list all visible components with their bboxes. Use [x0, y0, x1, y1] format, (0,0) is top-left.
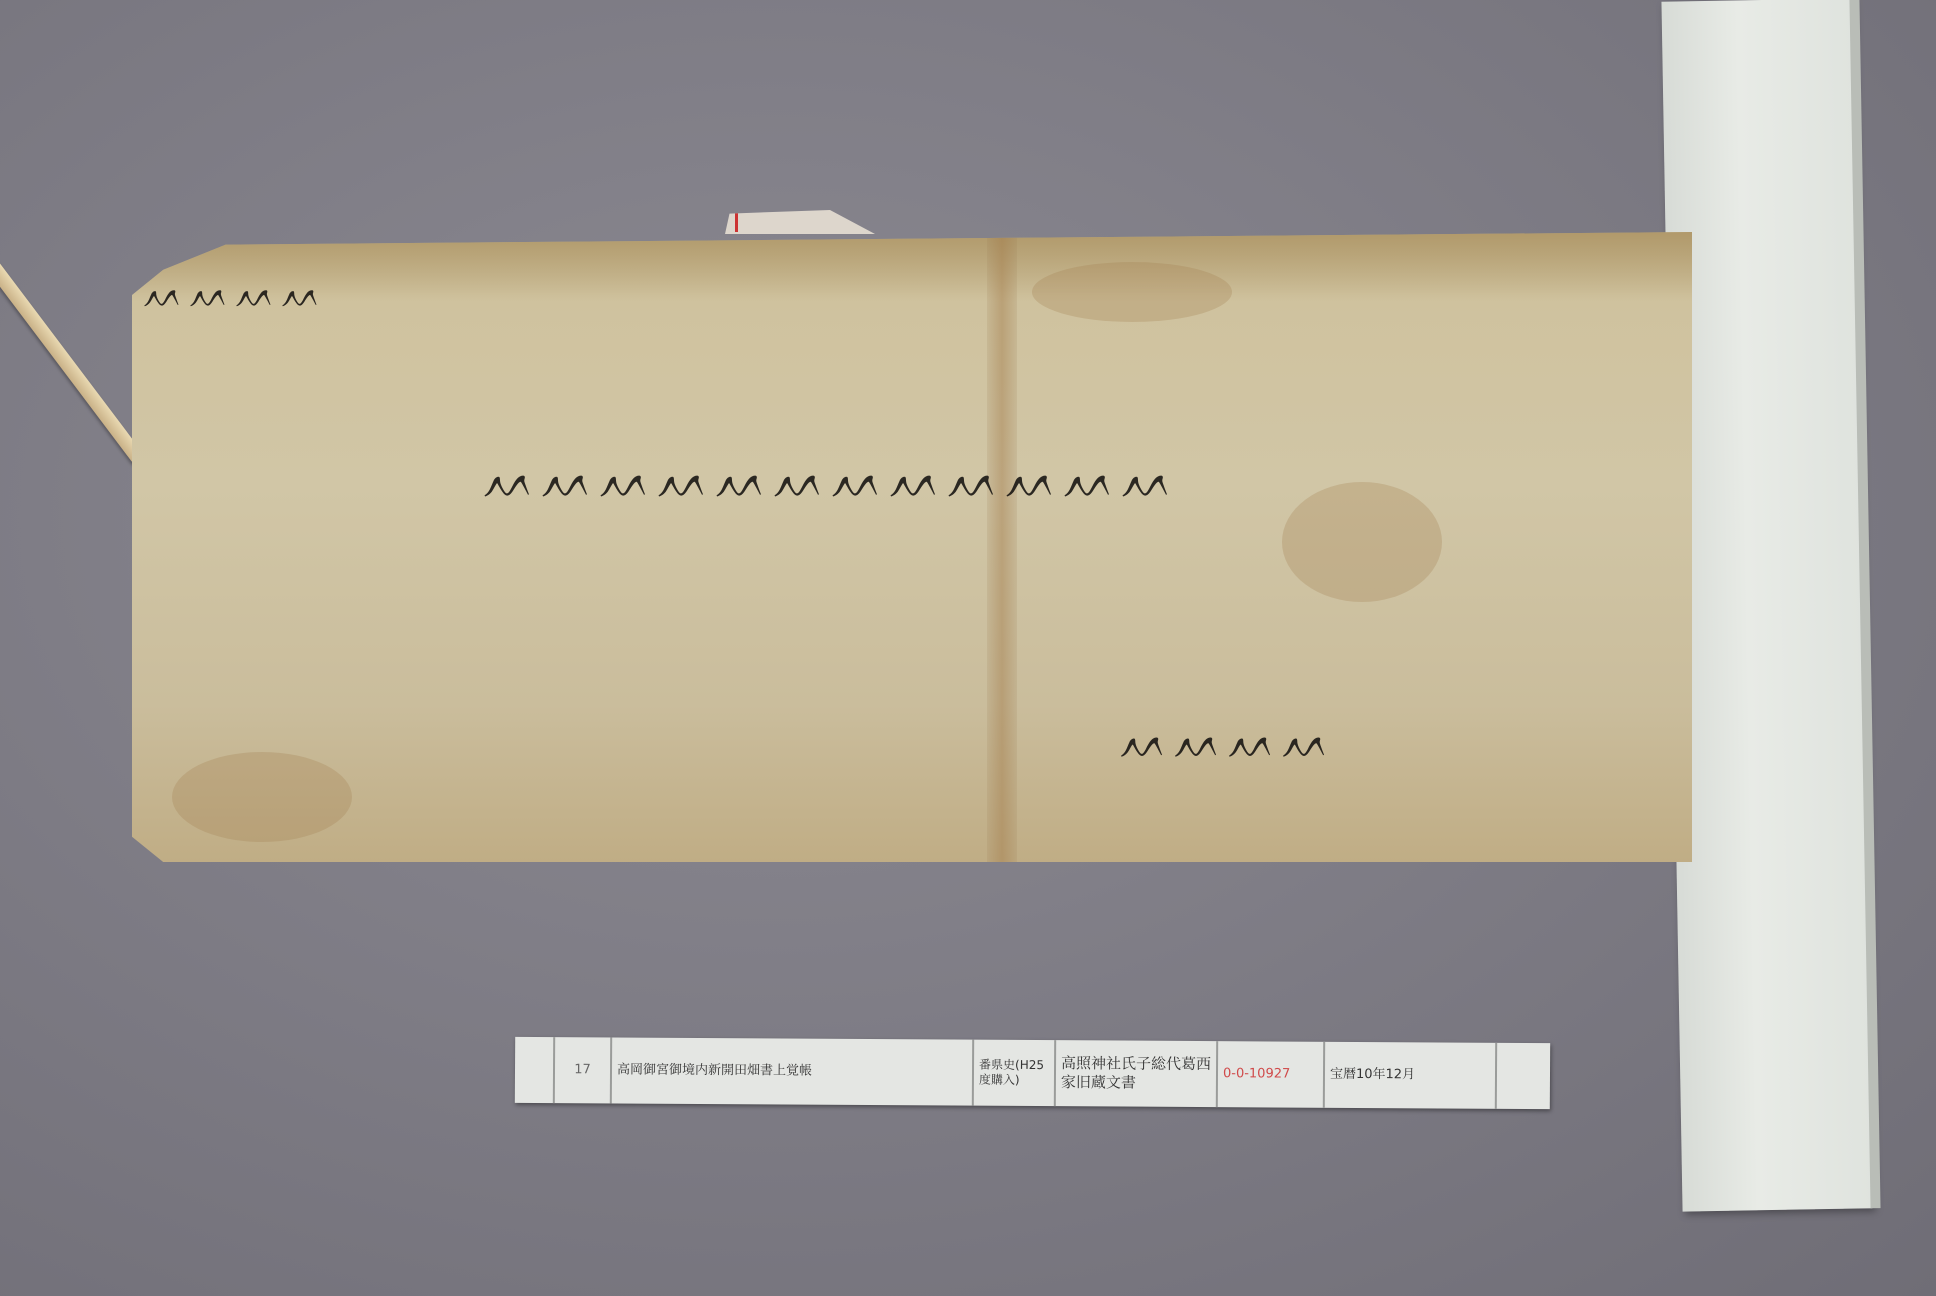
label-acquisition: 番県史(H25度購入) [974, 1040, 1056, 1106]
label-catalog-code: 0-0-10927 [1218, 1041, 1325, 1108]
label-date: 宝暦10年12月 [1325, 1042, 1497, 1109]
label-end-cell [1497, 1043, 1532, 1109]
paper-tab [725, 210, 875, 234]
bamboo-pointer-stick [0, 218, 146, 466]
water-stain-top [132, 232, 1692, 302]
stain [1032, 262, 1232, 322]
calligraphy-lower-line: 〻〻〻〻 [1117, 718, 1497, 787]
label-number: 17 [555, 1037, 612, 1103]
label-title: 高岡御宮御境内新開田畑書上覚帳 [612, 1037, 974, 1105]
label-collection: 高照神社氏子総代葛西家旧蔵文書 [1056, 1040, 1218, 1107]
catalog-label-strip: 17 高岡御宮御境内新開田畑書上覚帳 番県史(H25度購入) 高照神社氏子総代葛… [515, 1037, 1550, 1109]
label-blank-cell [515, 1037, 555, 1103]
calligraphy-left-annotation: 〻〻〻〻 [141, 274, 361, 331]
white-weight-bar [1661, 0, 1872, 1212]
calligraphy-main-line: 〻〻〻〻〻〻〻〻〻〻〻〻 [480, 455, 1480, 530]
calligraphy-top-mark: 〻〻 [1214, 190, 1354, 254]
stain [172, 752, 352, 842]
center-fold [987, 232, 1017, 862]
historical-document: 〻〻〻〻 〻〻〻〻〻〻〻〻〻〻〻〻 〻〻〻〻 〻〻 [132, 232, 1692, 862]
